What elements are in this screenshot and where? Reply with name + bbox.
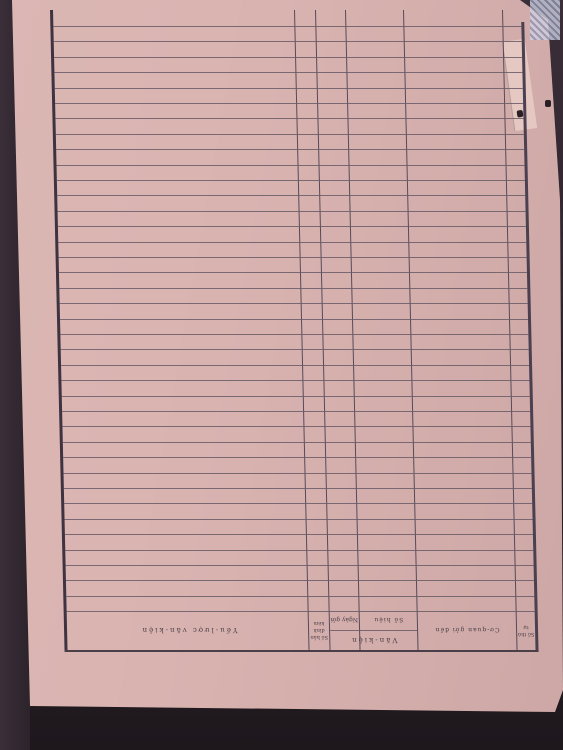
ruled-line — [56, 149, 524, 150]
header-ngay-goi: Ngày gởi — [330, 610, 359, 630]
ruled-line — [58, 226, 526, 227]
header-co-quan-goi-den: Cơ-quan gởi đến — [418, 610, 517, 650]
ruled-line — [54, 41, 522, 42]
ruled-line — [57, 165, 525, 166]
ruled-line — [66, 565, 534, 566]
ruled-line — [59, 257, 527, 258]
column-divider — [403, 10, 419, 650]
ruled-line — [61, 365, 529, 366]
ruled-line — [61, 349, 529, 350]
ruled-line — [63, 473, 531, 474]
ruled-line — [55, 103, 523, 104]
hole — [545, 100, 551, 107]
ruled-line — [56, 134, 524, 135]
ruled-line — [60, 303, 528, 304]
column-divider — [315, 10, 331, 650]
ruled-line — [64, 488, 532, 489]
header-so-thu-tu: Số thứ tự — [517, 610, 536, 650]
ruled-line — [54, 72, 522, 73]
column-divider — [502, 10, 518, 650]
header-van-kien: Văn-kiện — [330, 630, 417, 650]
column-divider — [345, 10, 361, 650]
fabric-corner — [530, 0, 560, 40]
ruled-line — [66, 596, 534, 597]
ruled-line — [58, 242, 526, 243]
ruled-line — [59, 272, 527, 273]
header-so-hieu: Số hiệu — [360, 610, 417, 630]
ruled-line — [57, 180, 525, 181]
ruled-line — [58, 211, 526, 212]
ruled-line — [61, 380, 529, 381]
ruled-line — [54, 57, 522, 58]
form-border-bottom — [65, 650, 539, 652]
ledger-form: Yếu-lược văn-kiện Số bản đính kèm Ngày g… — [50, 10, 539, 655]
header-so-ban-dinh-kem: Số bản đính kèm — [309, 610, 330, 650]
ruled-line — [57, 195, 525, 196]
ruled-line — [65, 519, 533, 520]
ruled-line — [62, 411, 530, 412]
ruled-line — [62, 426, 530, 427]
ruled-line — [60, 319, 528, 320]
ruled-line — [55, 118, 523, 119]
ruled-line — [65, 534, 533, 535]
ruled-line — [66, 580, 534, 581]
header-yeu-luoc-van-kien: Yếu-lược văn-kiện — [74, 610, 305, 650]
ruled-line — [63, 442, 531, 443]
ruled-line — [64, 503, 532, 504]
ruled-line — [62, 396, 530, 397]
ruled-line — [63, 457, 531, 458]
ruled-line — [55, 88, 523, 89]
ruled-line — [59, 288, 527, 289]
column-divider — [294, 10, 310, 650]
ruled-line — [60, 334, 528, 335]
ruled-line — [65, 550, 533, 551]
ruled-line — [53, 26, 521, 27]
